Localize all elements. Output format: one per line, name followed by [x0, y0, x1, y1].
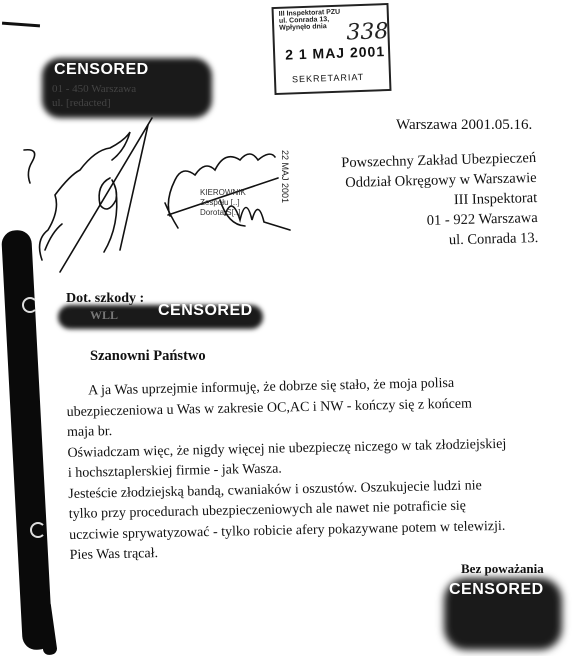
binder-ring-icon [30, 522, 46, 538]
approval-stamp-line: Dorota S[..] [200, 208, 246, 218]
approval-stamp: KIEROWNIK Zespołu [..] Dorota S[..] [200, 188, 246, 218]
subject-censor-label: CENSORED [158, 302, 253, 320]
binder-ring-icon [22, 297, 38, 313]
closing-text: Bez poważania [461, 561, 544, 577]
approval-stamp-line: Zespołu [..] [200, 198, 246, 208]
approval-stamp-date: 22 MAJ 2001 [280, 150, 290, 203]
letter-body: A ja Was uprzejmie informuję, że dobrze … [66, 372, 560, 567]
salutation: Szanowni Państwo [90, 348, 206, 365]
signature-censor-label: CENSORED [449, 581, 544, 599]
subject-value-partial: WLL [90, 308, 118, 323]
approval-stamp-line: KIEROWNIK [200, 188, 246, 198]
